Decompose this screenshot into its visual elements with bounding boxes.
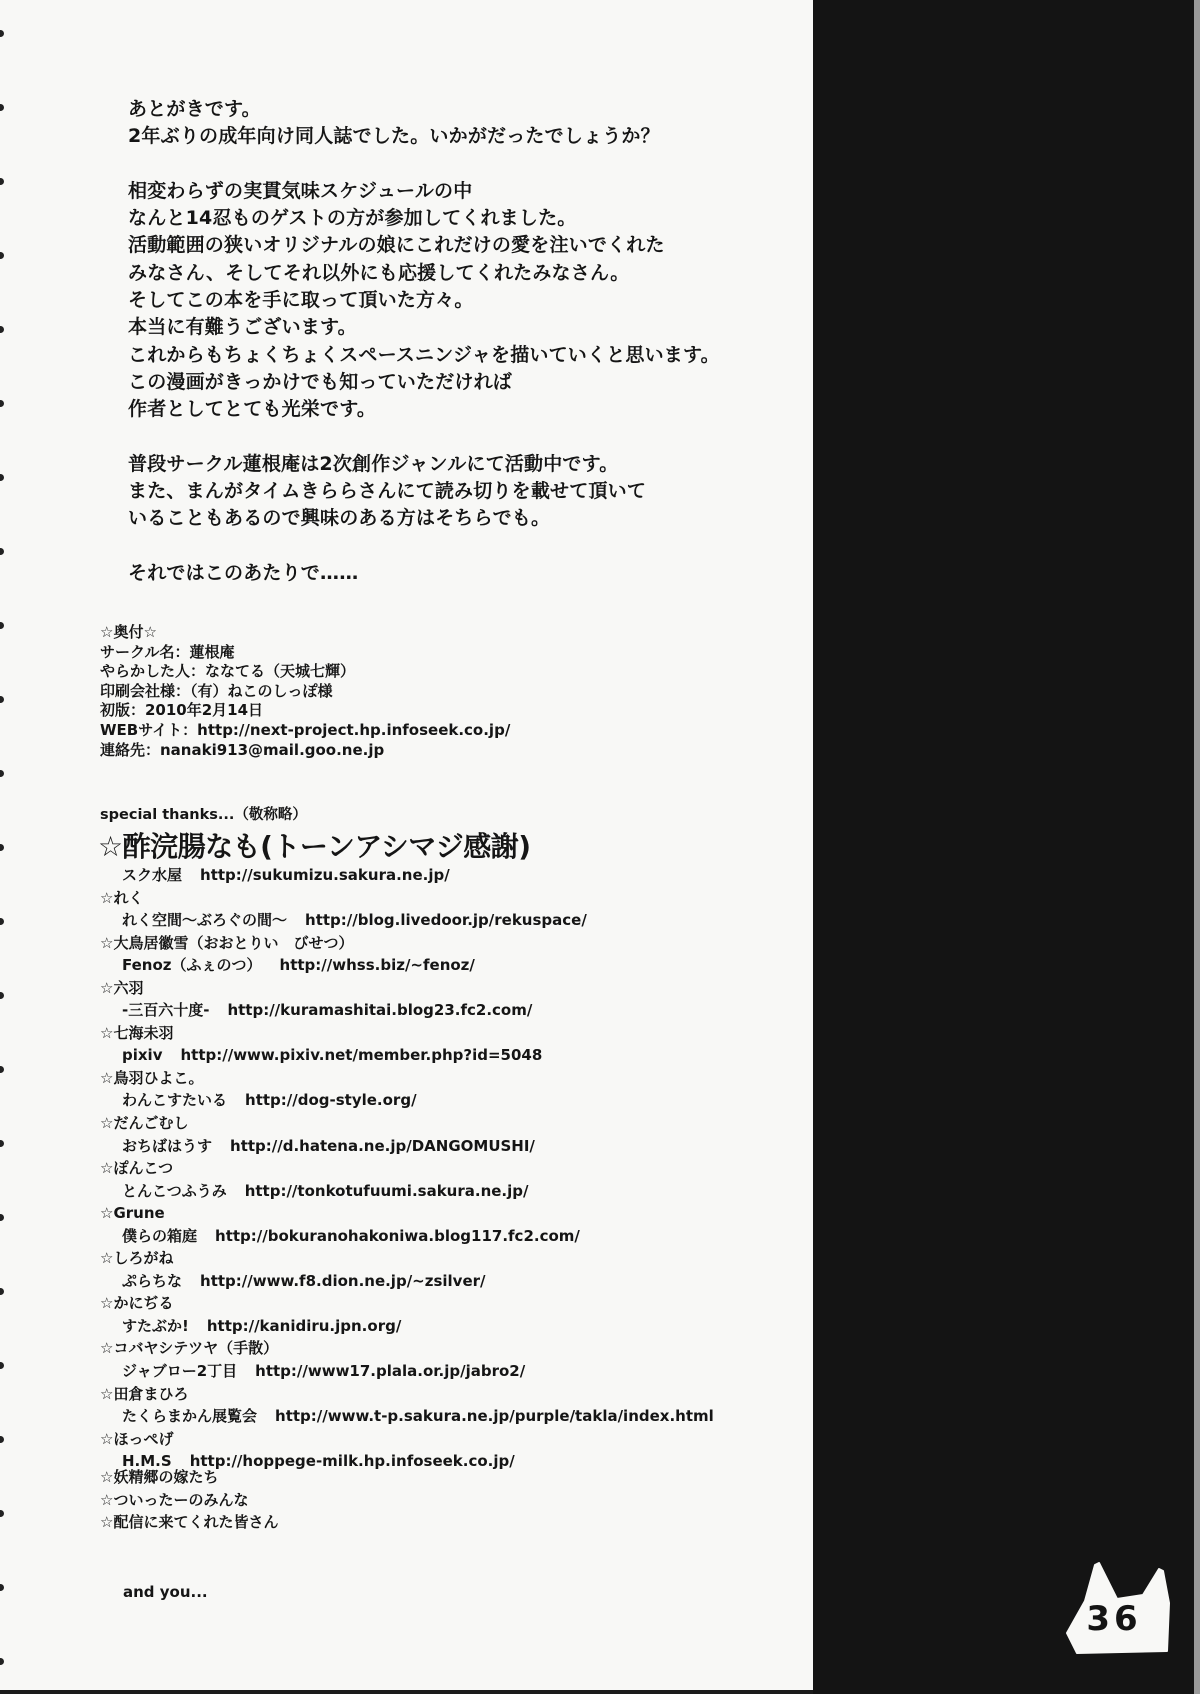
closing-text: and you...	[123, 1583, 208, 1601]
thanks-site-name: pixiv	[122, 1046, 162, 1064]
thanks-site-name: たくらまかん展覧会	[122, 1407, 257, 1425]
colophon-printer: 印刷会社様：（有）ねこのしっぽ様	[100, 682, 510, 702]
afterword-line: 活動範囲の狭いオリジナルの娘にこれだけの愛を注いでくれた	[128, 232, 818, 259]
thanks-name: ☆七海未羽	[100, 1022, 714, 1045]
thanks-site-name: ぷらちな	[122, 1272, 182, 1290]
page-bottom-edge	[0, 1690, 813, 1694]
afterword-line: なんと14忍ものゲストの方が参加してくれました。	[128, 205, 818, 232]
thanks-site-line: たくらまかん展覧会http://www.t-p.sakura.ne.jp/pur…	[100, 1405, 714, 1428]
colophon-website: WEBサイト：http://next-project.hp.infoseek.c…	[100, 721, 510, 741]
thanks-site-url: http://www17.plala.or.jp/jabro2/	[255, 1362, 525, 1380]
thanks-site-url: http://d.hatena.ne.jp/DANGOMUSHI/	[230, 1137, 535, 1155]
colophon-title: ☆奥付☆	[100, 623, 510, 643]
page-number-badge: 36	[1055, 1555, 1175, 1660]
thanks-site-line: スク水屋http://sukumizu.sakura.ne.jp/	[100, 864, 714, 887]
afterword-line: みなさん、そしてそれ以外にも応援してくれたみなさん。	[128, 260, 818, 287]
thanks-site-line: pixivhttp://www.pixiv.net/member.php?id=…	[100, 1044, 714, 1067]
thanks-name: ☆ぽんこつ	[100, 1157, 714, 1180]
thanks-name: ☆Grune	[100, 1202, 714, 1225]
paragraph-gap	[128, 424, 818, 451]
thanks-site-name: わんこすたいる	[122, 1091, 227, 1109]
afterword-line: 作者としてとても光栄です。	[128, 396, 818, 423]
thanks-site-line: 僕らの箱庭http://bokuranohakoniwa.blog117.fc2…	[100, 1225, 714, 1248]
thanks-site-url: http://dog-style.org/	[245, 1091, 417, 1109]
afterword-line: それではこのあたりで……	[128, 560, 818, 587]
thanks-site-line: -三百六十度-http://kuramashitai.blog23.fc2.co…	[100, 999, 714, 1022]
thanks-site-name: -三百六十度-	[122, 1001, 209, 1019]
thanks-name: ☆六羽	[100, 977, 714, 1000]
colophon-first-edition: 初版：2010年2月14日	[100, 701, 510, 721]
colophon-author: やらかした人：ななてる（天城七輝）	[100, 662, 510, 682]
thanks-extra: ☆妖精郷の嫁たち	[100, 1466, 278, 1489]
afterword-line: 相変わらずの実貫気味スケジュールの中	[128, 178, 818, 205]
thanks-name: ☆だんごむし	[100, 1112, 714, 1135]
thanks-site-name: とんこつふうみ	[122, 1182, 227, 1200]
thanks-site-name: 僕らの箱庭	[122, 1227, 197, 1245]
thanks-site-line: れく空間～ぶろぐの間～http://blog.livedoor.jp/rekus…	[100, 909, 714, 932]
thanks-extra: ☆ついったーのみんな	[100, 1489, 278, 1512]
thanks-site-name: すたぶか!	[122, 1317, 189, 1335]
thanks-site-url: http://sukumizu.sakura.ne.jp/	[200, 866, 450, 884]
thanks-site-name: れく空間～ぶろぐの間～	[122, 911, 287, 929]
thanks-site-name: スク水屋	[122, 866, 182, 884]
colophon-contact: 連絡先：nanaki913@mail.goo.ne.jp	[100, 741, 510, 761]
special-thanks-headline: ☆酢浣腸なも(トーンアシマジ感謝)	[98, 830, 531, 864]
black-side-panel	[813, 0, 1194, 1694]
thanks-name: ☆鳥羽ひよこ。	[100, 1067, 714, 1090]
thanks-name: ☆れく	[100, 887, 714, 910]
afterword-line: 普段サークル蓮根庵は2次創作ジャンルにて活動中です。	[128, 451, 818, 478]
thanks-site-url: http://www.pixiv.net/member.php?id=5048	[180, 1046, 542, 1064]
thanks-name: ☆かにぢる	[100, 1292, 714, 1315]
thanks-site-name: おちばはうす	[122, 1137, 212, 1155]
afterword-line: これからもちょくちょくスペースニンジャを描いていくと思います。	[128, 342, 818, 369]
special-thanks-header: special thanks...（敬称略）	[100, 803, 307, 824]
thanks-name: ☆田倉まひろ	[100, 1383, 714, 1406]
colophon: ☆奥付☆ サークル名：蓮根庵 やらかした人：ななてる（天城七輝） 印刷会社様：（…	[100, 623, 510, 760]
special-thanks-extras: ☆妖精郷の嫁たち☆ついったーのみんな☆配信に来てくれた皆さん	[100, 1466, 278, 1534]
colophon-circle-name: サークル名：蓮根庵	[100, 643, 510, 663]
thanks-site-url: http://blog.livedoor.jp/rekuspace/	[305, 911, 587, 929]
thanks-name: ☆ほっぺげ	[100, 1428, 714, 1451]
thanks-name: ☆大鳥居徽雪（おおとりい びせつ）	[100, 932, 714, 955]
afterword-line: また、まんがタイムきららさんにて読み切りを載せて頂いて	[128, 478, 818, 505]
thanks-site-line: Fenoz（ふぇのつ）http://whss.biz/~fenoz/	[100, 954, 714, 977]
thanks-site-name: Fenoz（ふぇのつ）	[122, 956, 262, 974]
thanks-site-url: http://kanidiru.jpn.org/	[207, 1317, 401, 1335]
thanks-site-url: http://tonkotufuumi.sakura.ne.jp/	[245, 1182, 529, 1200]
thanks-site-url: http://www.t-p.sakura.ne.jp/purple/takla…	[275, 1407, 714, 1425]
thanks-site-line: おちばはうすhttp://d.hatena.ne.jp/DANGOMUSHI/	[100, 1135, 714, 1158]
thanks-site-url: http://bokuranohakoniwa.blog117.fc2.com/	[215, 1227, 580, 1245]
thanks-name: ☆しろがね	[100, 1247, 714, 1270]
special-thanks-list: スク水屋http://sukumizu.sakura.ne.jp/ ☆れくれく空…	[100, 864, 714, 1473]
afterword-text: あとがきです。 2年ぶりの成年向け同人誌でした。いかがだったでしょうか？ 相変わ…	[128, 96, 818, 587]
thanks-site-url: http://whss.biz/~fenoz/	[280, 956, 475, 974]
afterword-line: あとがきです。	[128, 96, 818, 123]
thanks-site-url: http://kuramashitai.blog23.fc2.com/	[227, 1001, 532, 1019]
thanks-site-line: すたぶか!http://kanidiru.jpn.org/	[100, 1315, 714, 1338]
afterword-line: この漫画がきっかけでも知っていただければ	[128, 369, 818, 396]
thanks-extra: ☆配信に来てくれた皆さん	[100, 1511, 278, 1534]
afterword-line: そしてこの本を手に取って頂いた方々。	[128, 287, 818, 314]
paragraph-gap	[128, 151, 818, 178]
afterword-line: 2年ぶりの成年向け同人誌でした。いかがだったでしょうか？	[128, 123, 818, 150]
thanks-site-line: ジャブロー2丁目http://www17.plala.or.jp/jabro2/	[100, 1360, 714, 1383]
thanks-site-line: とんこつふうみhttp://tonkotufuumi.sakura.ne.jp/	[100, 1180, 714, 1203]
afterword-line: いることもあるので興味のある方はそちらでも。	[128, 505, 818, 532]
page-number: 36	[1055, 1599, 1173, 1639]
thanks-site-name: ジャブロー2丁目	[122, 1362, 237, 1380]
thanks-site-url: http://www.f8.dion.ne.jp/~zsilver/	[200, 1272, 486, 1290]
thanks-site-line: わんこすたいるhttp://dog-style.org/	[100, 1089, 714, 1112]
paragraph-gap	[128, 533, 818, 560]
afterword-line: 本当に有難うございます。	[128, 314, 818, 341]
page-edge-strip	[1194, 0, 1200, 1694]
thanks-site-line: ぷらちなhttp://www.f8.dion.ne.jp/~zsilver/	[100, 1270, 714, 1293]
thanks-name: ☆コバヤシテツヤ（手散）	[100, 1337, 714, 1360]
